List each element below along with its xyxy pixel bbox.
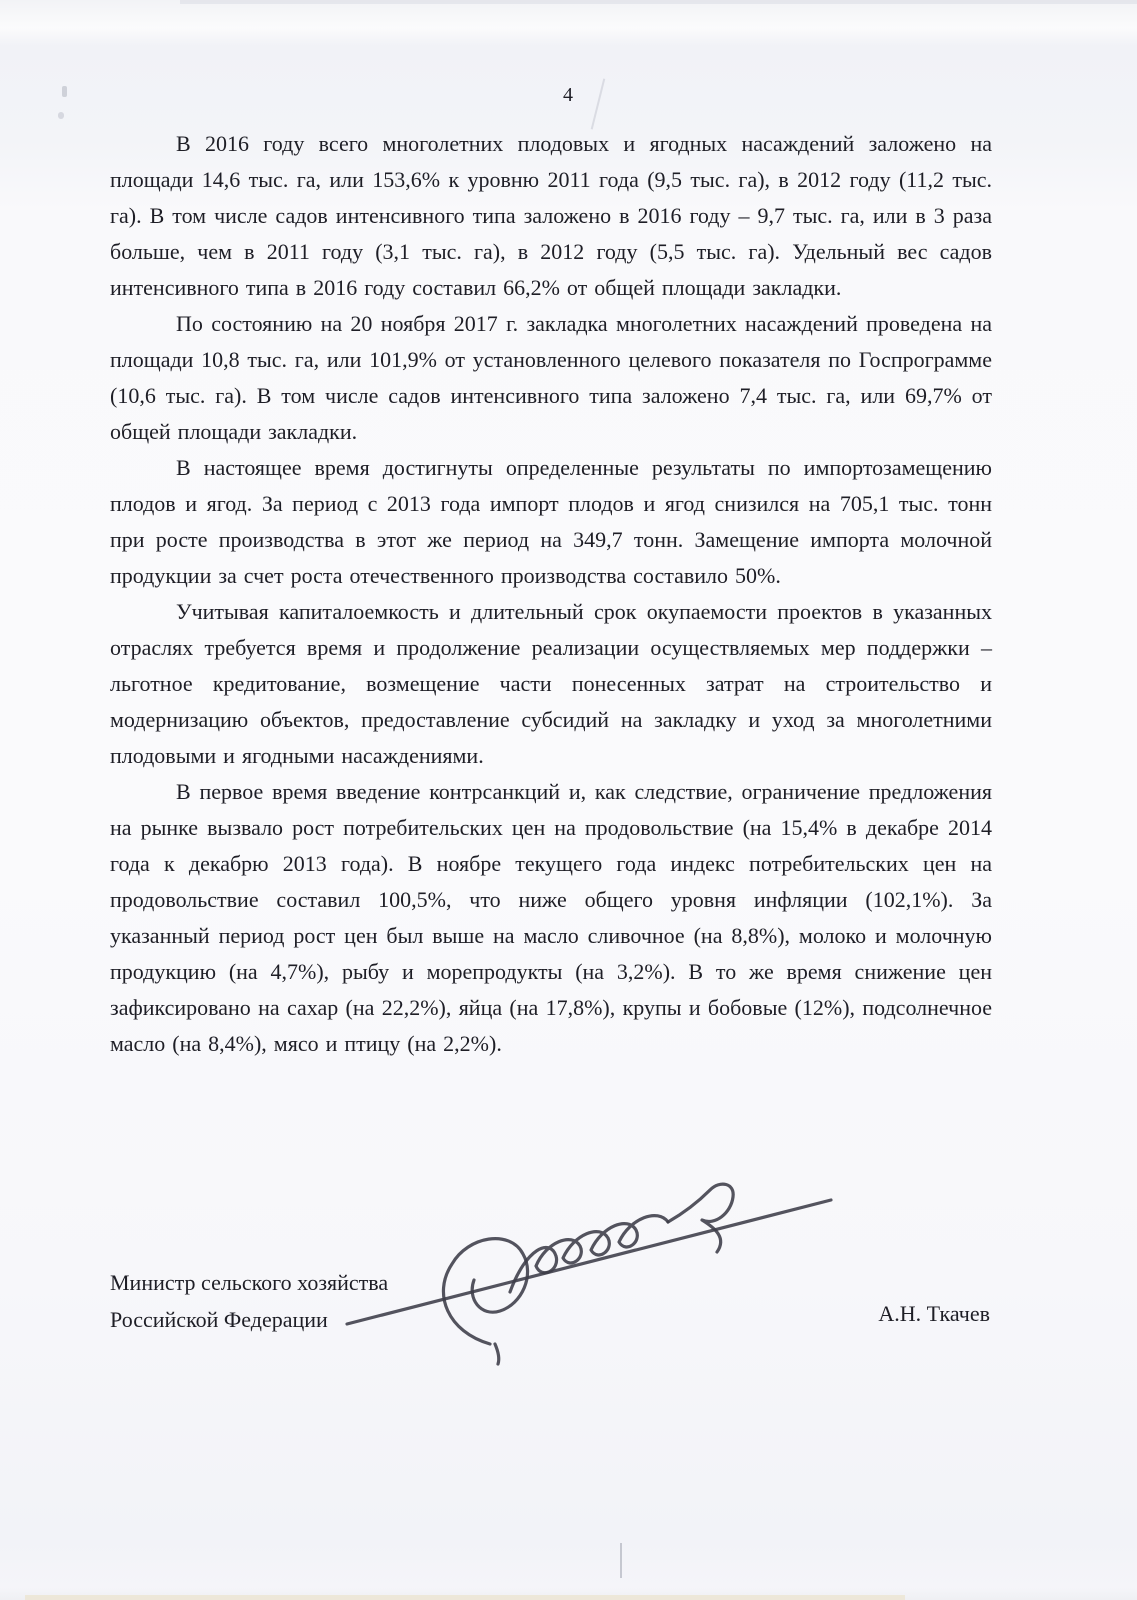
paragraph-support-measures: Учитывая капиталоемкость и длительный ср… [110,594,992,774]
signer-title-line2: Российской Федерации [110,1301,388,1338]
signer-title: Министр сельского хозяйства Российской Ф… [110,1264,388,1338]
scan-edge-strip [25,1595,905,1600]
scan-edge-strip [180,0,1137,4]
signer-title-line1: Министр сельского хозяйства [110,1264,388,1301]
handwritten-signature-icon [330,1172,850,1382]
scanned-document-page: 4 В 2016 году всего многолетних плодовых… [0,0,1137,1600]
page-number: 4 [0,84,1137,107]
paragraph-plantings-2017: По состоянию на 20 ноября 2017 г. заклад… [110,306,992,450]
paragraph-consumer-prices: В первое время введение контрсанкций и, … [110,774,992,1062]
scan-mark [620,1543,622,1578]
document-body: В 2016 году всего многолетних плодовых и… [110,126,992,1062]
scan-speck [58,112,64,119]
paragraph-import-substitution: В настоящее время достигнуты определенны… [110,450,992,594]
signer-name: А.Н. Ткачев [878,1301,990,1327]
paragraph-plantings-2016: В 2016 году всего многолетних плодовых и… [110,126,992,306]
